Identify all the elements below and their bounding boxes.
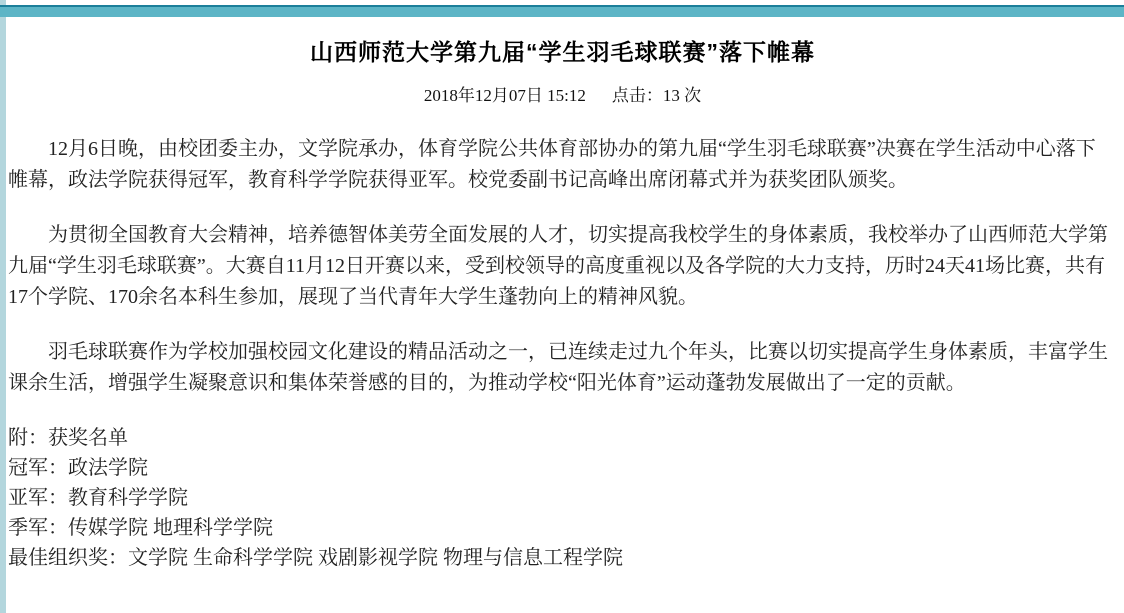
award-line: 亚军：教育科学学院 (8, 483, 1117, 513)
article-paragraph: 为贯彻全国教育大会精神，培养德智体美劳全面发展的人才，切实提高我校学生的身体素质… (8, 220, 1117, 313)
award-line: 季军：传媒学院 地理科学学院 (8, 513, 1117, 543)
view-count: 点击：13 次 (612, 86, 701, 105)
article-paragraph: 羽毛球联赛作为学校加强校园文化建设的精品活动之一，已连续走过九个年头，比赛以切实… (8, 337, 1117, 399)
article-paragraph: 12月6日晚，由校团委主办，文学院承办，体育学院公共体育部协办的第九届“学生羽毛… (8, 134, 1117, 196)
awards-list: 附：获奖名单 冠军：政法学院 亚军：教育科学学院 季军：传媒学院 地理科学学院 … (8, 423, 1117, 573)
awards-heading: 附：获奖名单 (8, 423, 1117, 453)
article-body: 12月6日晚，由校团委主办，文学院承办，体育学院公共体育部协办的第九届“学生羽毛… (8, 134, 1117, 399)
article-meta: 2018年12月07日 15:12点击：13 次 (8, 86, 1117, 106)
left-border-strip (0, 0, 6, 613)
award-line: 冠军：政法学院 (8, 453, 1117, 483)
award-line: 最佳组织奖：文学院 生命科学学院 戏剧影视学院 物理与信息工程学院 (8, 543, 1117, 573)
publish-datetime: 2018年12月07日 15:12 (424, 86, 586, 105)
article-title: 山西师范大学第九届“学生羽毛球联赛”落下帷幕 (8, 0, 1117, 66)
article-container: 山西师范大学第九届“学生羽毛球联赛”落下帷幕 2018年12月07日 15:12… (8, 0, 1117, 573)
